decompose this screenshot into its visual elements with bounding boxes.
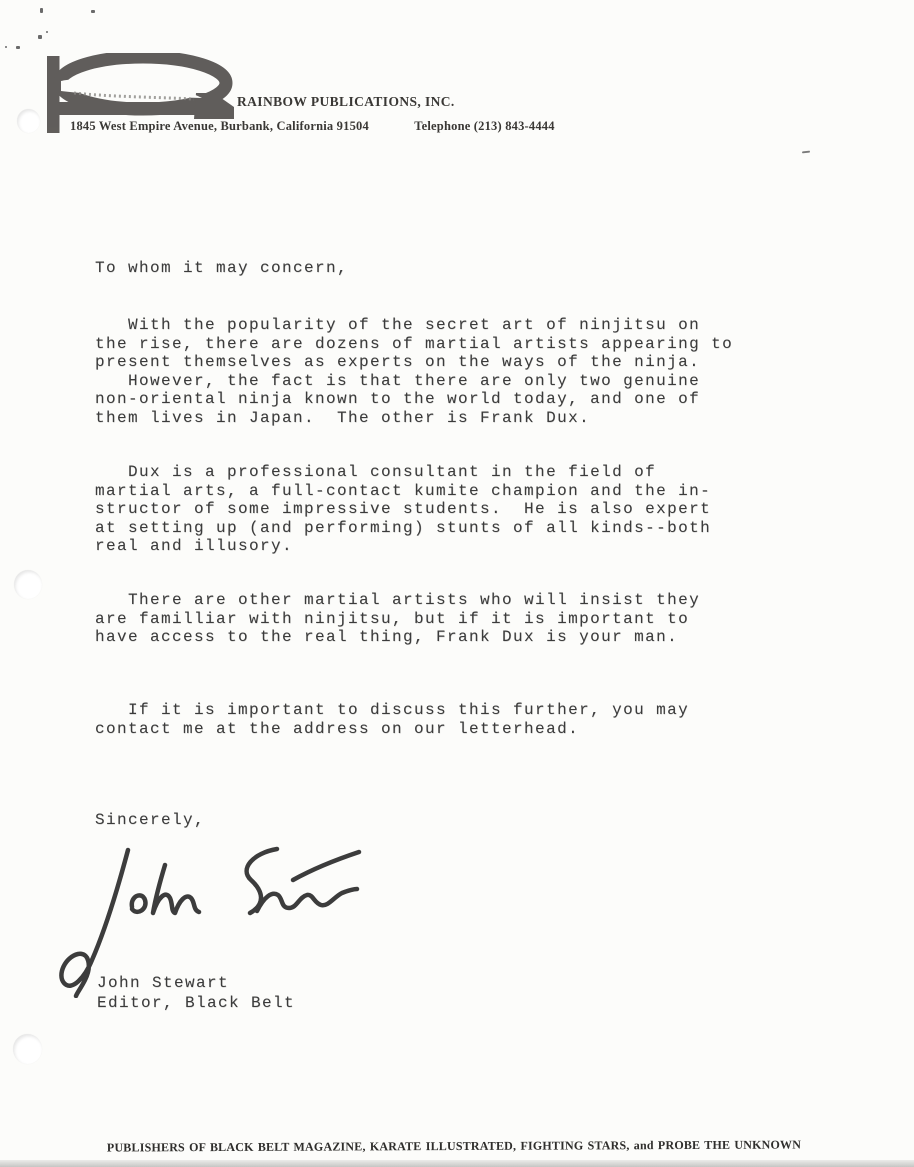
address-line: 1845 West Empire Avenue, Burbank, Califo…: [70, 119, 555, 134]
punch-hole: [14, 570, 42, 599]
salutation: To whom it may concern,: [95, 259, 348, 278]
punch-hole: [13, 1034, 42, 1064]
punch-hole: [17, 109, 40, 133]
signer-typed-title: Editor, Black Belt: [97, 994, 295, 1013]
scan-speck: [40, 8, 43, 13]
publishers-footer-line: PUBLISHERS OF BLACK BELT MAGAZINE, KARAT…: [0, 1137, 908, 1156]
signer-typed-name: John Stewart: [97, 974, 229, 993]
scan-speck: [16, 46, 20, 49]
paragraph-block-2: Dux is a professional consultant in the …: [95, 463, 711, 556]
paragraph-block-4: If it is important to discuss this furth…: [95, 701, 689, 738]
scanned-letter-page: RAINBOW PUBLICATIONS, INC. 1845 West Emp…: [0, 0, 914, 1167]
street-address: 1845 West Empire Avenue, Burbank, Califo…: [70, 119, 369, 133]
scan-edge-artifact: [0, 1160, 914, 1167]
scan-speck: [5, 46, 7, 48]
scan-speck: [46, 31, 48, 33]
paragraph-block-3: There are other martial artists who will…: [95, 591, 700, 647]
scan-speck: [802, 151, 810, 154]
telephone-number: Telephone (213) 843-4444: [414, 119, 554, 133]
closing-valediction: Sincerely,: [95, 811, 205, 830]
scan-speck: [38, 35, 42, 39]
paragraph-block-1: With the popularity of the secret art of…: [95, 316, 733, 428]
scan-speck: [91, 10, 95, 13]
company-name: RAINBOW PUBLICATIONS, INC.: [237, 94, 455, 110]
